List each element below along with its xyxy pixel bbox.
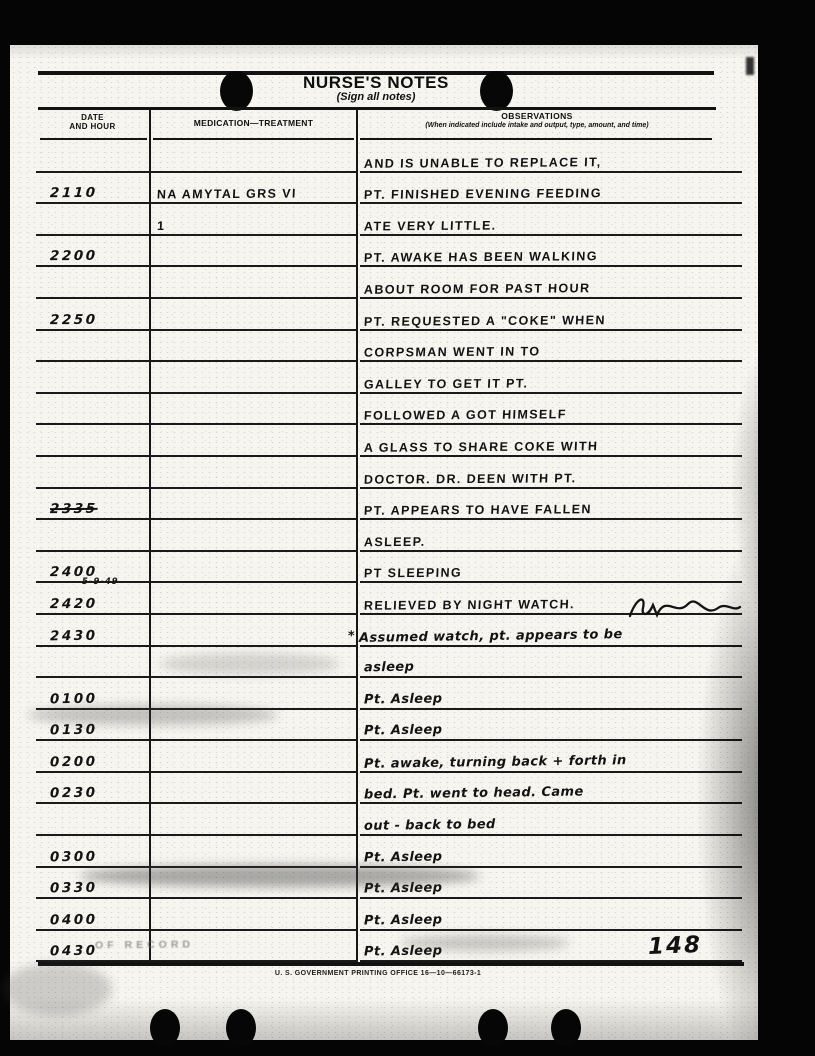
column-underline xyxy=(360,138,712,140)
table-row: A GLASS TO SHARE COKE WITH xyxy=(10,425,758,457)
observation-value: Pt. Asleep xyxy=(364,691,443,707)
observation-cell: Pt. Asleep xyxy=(360,836,742,868)
date-cell xyxy=(36,267,163,299)
scanned-page: NURSE'S NOTES (Sign all notes) DATE AND … xyxy=(10,45,758,1040)
observation-cell: bed. Pt. went to head. Came xyxy=(360,773,742,805)
header-rule xyxy=(38,107,716,110)
date-cell: 0130 xyxy=(36,710,163,742)
date-cell: 0200 xyxy=(36,741,163,773)
date-value: 0430 xyxy=(50,943,98,960)
date-cell xyxy=(36,362,163,394)
observation-cell: AND IS UNABLE TO REPLACE IT, xyxy=(360,141,742,173)
medication-cell xyxy=(153,615,358,647)
observation-value: PT. APPEARS TO HAVE FALLEN xyxy=(364,502,593,518)
medication-cell xyxy=(153,552,358,584)
observation-value: Pt. Asleep xyxy=(364,912,443,928)
table-row: 0200 Pt. awake, turning back + forth in xyxy=(10,741,758,773)
medication-value: 1 xyxy=(157,219,166,233)
punch-hole xyxy=(226,1009,256,1047)
date-value: 2200 xyxy=(50,248,98,264)
medication-cell xyxy=(153,457,358,489)
observation-value: PT. AWAKE HAS BEEN WALKING xyxy=(364,250,599,266)
date-value: 0230 xyxy=(50,785,98,802)
observation-cell: Pt. Asleep xyxy=(360,678,742,710)
observation-value: PT. FINISHED EVENING FEEDING xyxy=(364,186,603,202)
punch-hole xyxy=(551,1009,581,1047)
medication-cell xyxy=(153,773,358,805)
date-cell: 0100 xyxy=(36,678,163,710)
date-value: 2110 xyxy=(50,185,98,201)
table-row: asleep xyxy=(10,647,758,679)
observation-cell: GALLEY TO GET IT PT. xyxy=(360,362,742,394)
table-row: 2420 RELIEVED BY NIGHT WATCH. xyxy=(10,583,758,615)
observation-value: PT. REQUESTED A "COKE" WHEN xyxy=(364,313,607,329)
date-cell: 0400 xyxy=(36,899,163,931)
date-cell: 0230 xyxy=(36,773,163,805)
date-cell: 2250 xyxy=(36,299,163,331)
observation-cell: PT. AWAKE HAS BEEN WALKING xyxy=(360,236,742,268)
medication-cell xyxy=(153,331,358,363)
date-value: 0330 xyxy=(50,880,98,897)
date-cell xyxy=(36,520,163,552)
table-row: ASLEEP. xyxy=(10,520,758,552)
punch-hole xyxy=(478,1009,508,1047)
table-row: GALLEY TO GET IT PT. xyxy=(10,362,758,394)
column-underline xyxy=(40,138,147,140)
date-value: 0300 xyxy=(50,848,98,865)
observation-cell: PT. FINISHED EVENING FEEDING xyxy=(360,173,742,205)
medication-cell xyxy=(153,647,358,679)
table-row: 2335 PT. APPEARS TO HAVE FALLEN xyxy=(10,489,758,521)
observations-header-note: (When indicated include intake and outpu… xyxy=(358,122,716,129)
bottom-rule xyxy=(38,962,744,966)
printing-office-footer: U. S. GOVERNMENT PRINTING OFFICE 16—10—6… xyxy=(40,970,716,977)
medication-cell xyxy=(153,868,358,900)
observation-value: GALLEY TO GET IT PT. xyxy=(364,376,529,391)
medication-cell: 1 xyxy=(153,204,358,236)
observation-cell: ABOUT ROOM FOR PAST HOUR xyxy=(360,267,742,299)
column-header-observations: OBSERVATIONS (When indicated include int… xyxy=(358,111,716,129)
observation-value: ABOUT ROOM FOR PAST HOUR xyxy=(364,281,591,297)
observation-cell: asleep xyxy=(360,647,742,679)
punch-hole xyxy=(150,1009,180,1047)
date-cell: 0330 xyxy=(36,868,163,900)
date-value: 2420 xyxy=(50,596,98,612)
column-header-date: DATE AND HOUR xyxy=(36,113,149,131)
page-number: 148 xyxy=(648,933,703,961)
table-row: out - back to bed xyxy=(10,804,758,836)
date-cell xyxy=(36,204,163,236)
table-row: DOCTOR. DR. DEEN WITH PT. xyxy=(10,457,758,489)
observations-header: OBSERVATIONS xyxy=(501,111,572,121)
date-value: 2335 xyxy=(50,501,98,517)
date-value: 2250 xyxy=(50,311,98,327)
form-title: NURSE'S NOTES xyxy=(40,73,712,93)
date-cell: 0300 xyxy=(36,836,163,868)
medication-cell xyxy=(153,236,358,268)
date-header-line1: DATE xyxy=(81,113,104,122)
medication-cell xyxy=(153,836,358,868)
date-cell xyxy=(36,457,163,489)
date-cell: 2110 xyxy=(36,173,163,205)
date-cell xyxy=(36,804,163,836)
date-value: 2430 xyxy=(50,627,98,644)
table-row: 0330 Pt. Asleep xyxy=(10,868,758,900)
table-row: FOLLOWED A GOT HIMSELF xyxy=(10,394,758,426)
observation-cell: Pt. Asleep xyxy=(360,868,742,900)
date-value: 0100 xyxy=(50,690,98,707)
date-cell xyxy=(36,647,163,679)
medication-cell: NA AMYTAL GRS VI xyxy=(153,173,358,205)
table-row: 1 ATE VERY LITTLE. xyxy=(10,204,758,236)
observation-cell: CORPSMAN WENT IN TO xyxy=(360,331,742,363)
observation-cell: ATE VERY LITTLE. xyxy=(360,204,742,236)
correction-mark: * xyxy=(348,628,355,643)
observation-value: Assumed watch, pt. appears to be xyxy=(359,627,623,646)
medication-cell xyxy=(153,520,358,552)
table-row: 0400 Pt. Asleep xyxy=(10,899,758,931)
medication-cell xyxy=(153,141,358,173)
medication-cell xyxy=(153,299,358,331)
punch-hole xyxy=(480,71,513,111)
date-cell xyxy=(36,331,163,363)
column-underline xyxy=(153,138,354,140)
date-value: 0200 xyxy=(50,754,98,771)
medication-cell xyxy=(153,394,358,426)
table-row: CORPSMAN WENT IN TO xyxy=(10,331,758,363)
observation-cell: ASLEEP. xyxy=(360,520,742,552)
observation-cell: Pt. awake, turning back + forth in xyxy=(360,741,742,773)
table-row: 2400 5-9-49 PT SLEEPING xyxy=(10,552,758,584)
table-row: 2200 PT. AWAKE HAS BEEN WALKING xyxy=(10,236,758,268)
table-row: ABOUT ROOM FOR PAST HOUR xyxy=(10,267,758,299)
table-row: 0100 Pt. Asleep xyxy=(10,678,758,710)
table-row: AND IS UNABLE TO REPLACE IT, xyxy=(10,141,758,173)
observation-cell: DOCTOR. DR. DEEN WITH PT. xyxy=(360,457,742,489)
date-cell xyxy=(36,141,163,173)
medication-cell xyxy=(153,362,358,394)
observation-cell: Pt. Asleep 148 xyxy=(360,931,742,963)
observation-value: FOLLOWED A GOT HIMSELF xyxy=(364,408,567,423)
observation-cell: FOLLOWED A GOT HIMSELF xyxy=(360,394,742,426)
table-row: 2110 NA AMYTAL GRS VI PT. FINISHED EVENI… xyxy=(10,173,758,205)
date-value: 0400 xyxy=(50,912,98,929)
observation-value: asleep xyxy=(364,660,415,676)
observation-cell: PT. APPEARS TO HAVE FALLEN xyxy=(360,489,742,521)
date-cell: 2200 xyxy=(36,236,163,268)
date-value: 0130 xyxy=(50,722,98,739)
observation-value: ASLEEP. xyxy=(364,535,426,549)
observation-cell: Pt. Asleep xyxy=(360,899,742,931)
observation-cell: out - back to bed xyxy=(360,804,742,836)
punch-hole xyxy=(220,71,253,111)
date-header-line2: AND HOUR xyxy=(69,122,115,131)
medication-cell xyxy=(153,583,358,615)
observation-value: PT SLEEPING xyxy=(364,566,463,581)
date-cell: 2335 xyxy=(36,489,163,521)
observation-cell: PT SLEEPING xyxy=(360,552,742,584)
observation-cell: A GLASS TO SHARE COKE WITH xyxy=(360,425,742,457)
date-cell: 2430 xyxy=(36,615,163,647)
table-row: 2250 PT. REQUESTED A "COKE" WHEN xyxy=(10,299,758,331)
date-cell xyxy=(36,425,163,457)
observation-cell: RELIEVED BY NIGHT WATCH. xyxy=(360,583,742,615)
observation-value: bed. Pt. went to head. Came xyxy=(364,785,584,803)
date-cell: 2400 5-9-49 xyxy=(36,552,163,584)
table-row: 0300 Pt. Asleep xyxy=(10,836,758,868)
observation-cell: Pt. Asleep xyxy=(360,710,742,742)
observation-cell: PT. REQUESTED A "COKE" WHEN xyxy=(360,299,742,331)
observation-value: ATE VERY LITTLE. xyxy=(364,218,497,233)
medication-cell xyxy=(153,804,358,836)
observation-value: RELIEVED BY NIGHT WATCH. xyxy=(364,597,576,612)
observation-value: Pt. Asleep xyxy=(364,723,443,739)
scan-artifact xyxy=(746,57,754,75)
observation-value: out - back to bed xyxy=(364,817,496,834)
table-row: 2430 * Assumed watch, pt. appears to be xyxy=(10,615,758,647)
date-cell xyxy=(36,394,163,426)
notes-table: AND IS UNABLE TO REPLACE IT, 2110 NA AMY… xyxy=(10,141,758,962)
date-cell: 2420 xyxy=(36,583,163,615)
observation-cell: * Assumed watch, pt. appears to be xyxy=(360,615,742,647)
observation-value: A GLASS TO SHARE COKE WITH xyxy=(364,439,599,455)
medication-cell xyxy=(153,425,358,457)
medication-cell xyxy=(153,678,358,710)
table-row: 0130 Pt. Asleep xyxy=(10,710,758,742)
medication-cell xyxy=(153,489,358,521)
observation-value: Pt. Asleep xyxy=(364,881,443,897)
medication-cell xyxy=(153,267,358,299)
observation-value: Pt. Asleep xyxy=(364,944,443,960)
observation-value: Pt. Asleep xyxy=(364,849,443,865)
medication-cell xyxy=(153,710,358,742)
medication-cell xyxy=(153,899,358,931)
table-row: 0230 bed. Pt. went to head. Came xyxy=(10,773,758,805)
medication-value: NA AMYTAL GRS VI xyxy=(157,187,297,202)
observation-value: DOCTOR. DR. DEEN WITH PT. xyxy=(364,471,577,486)
form-subtitle: (Sign all notes) xyxy=(40,91,712,103)
medication-cell xyxy=(153,741,358,773)
observation-value: CORPSMAN WENT IN TO xyxy=(364,345,541,360)
observation-value: AND IS UNABLE TO REPLACE IT, xyxy=(364,155,602,171)
observation-value: Pt. awake, turning back + forth in xyxy=(364,753,627,772)
column-header-medication: MEDICATION—TREATMENT xyxy=(151,118,356,128)
